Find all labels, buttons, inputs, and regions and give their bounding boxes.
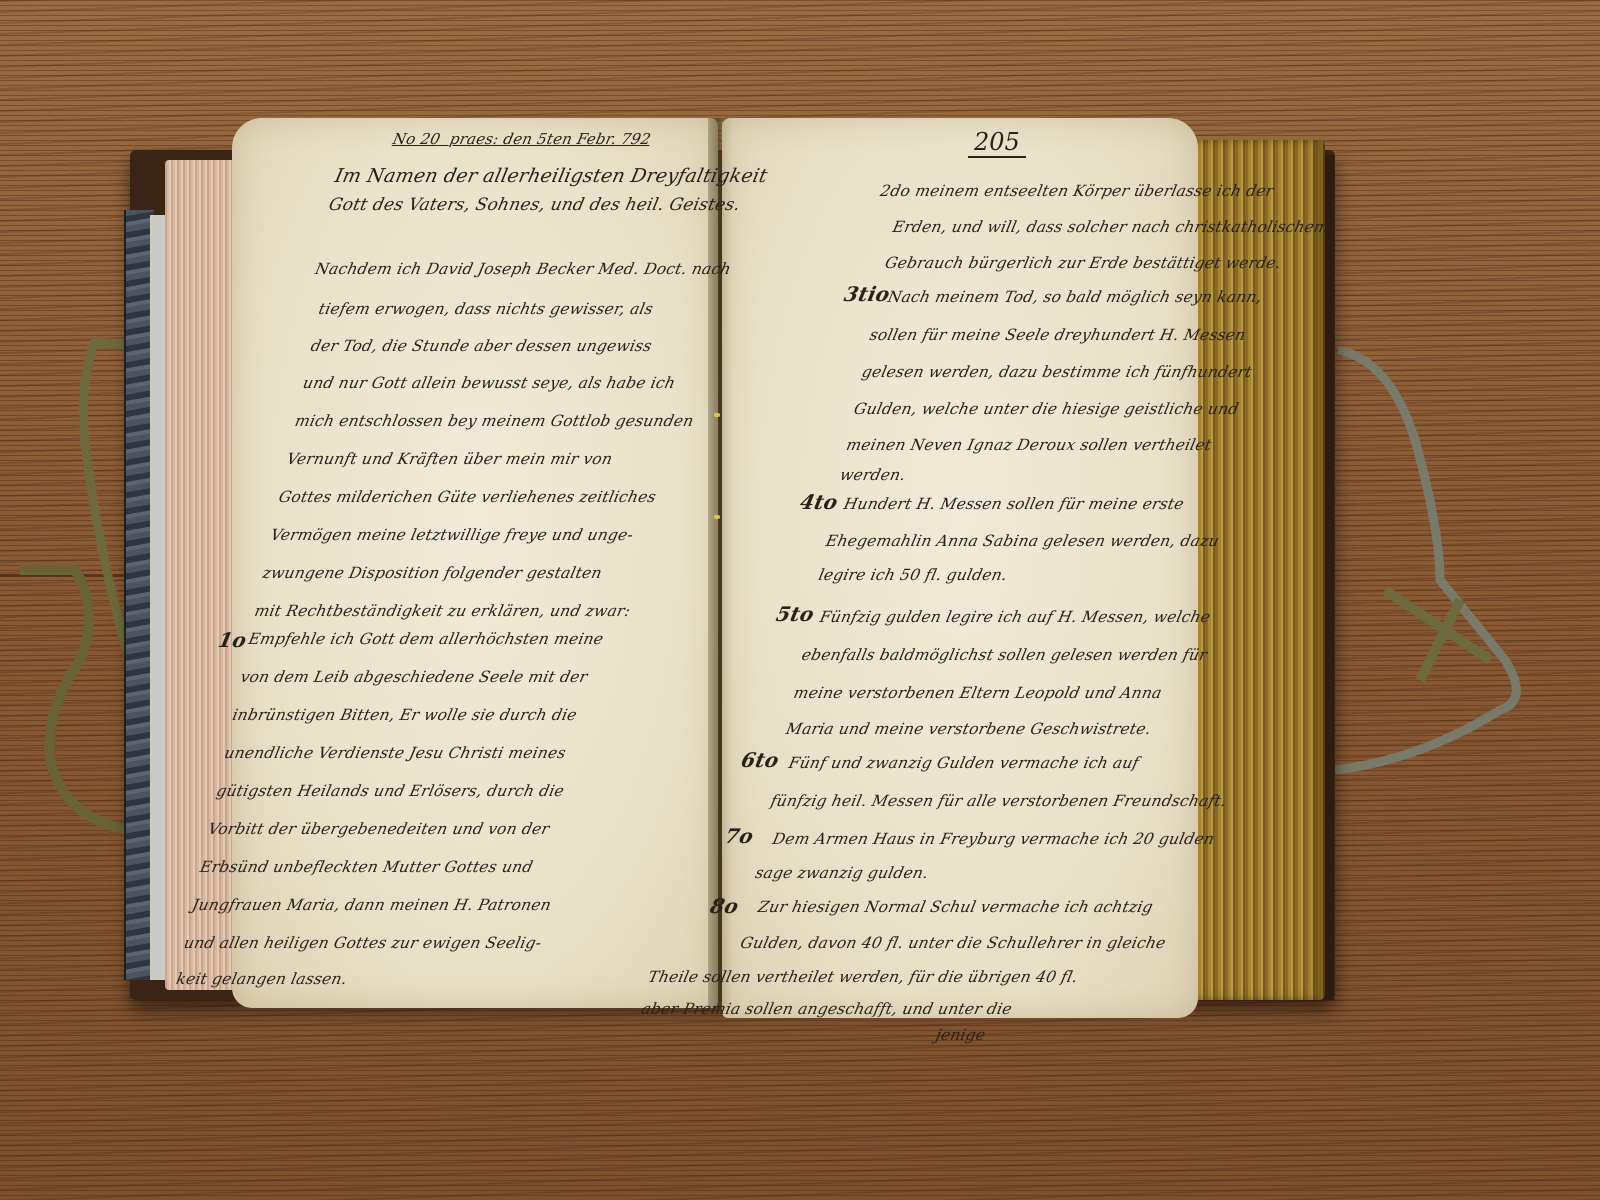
item-number: 1o	[216, 628, 249, 652]
item-3-line: meinen Neven Ignaz Deroux sollen verthei…	[845, 436, 1214, 454]
item-2-line: Erden, und will, dass solcher nach chris…	[891, 218, 1331, 236]
item-5-line: ebenfalls baldmöglichst sollen gelesen w…	[800, 646, 1209, 664]
item-4-line: legire ich 50 fl. gulden.	[817, 566, 1009, 584]
body-line: und nur Gott allein bewusst seye, als ha…	[301, 374, 677, 392]
item-4-line: Ehegemahlin Anna Sabina gelesen werden, …	[824, 532, 1221, 550]
item-number: 6to	[739, 748, 781, 772]
invocation-line-1: Im Namen der allerheiligsten Dreyfaltigk…	[333, 165, 770, 187]
item-number: 5to	[774, 602, 816, 626]
page-number: 205	[968, 128, 1026, 158]
item-8-line: Zur hiesigen Normal Schul vermache ich a…	[756, 898, 1154, 916]
item-3-line: sollen für meine Seele dreyhundert H. Me…	[868, 326, 1247, 344]
catchword: jenige	[934, 1026, 987, 1044]
body-line: der Tod, die Stunde aber dessen ungewiss	[309, 337, 653, 355]
presentation-note: praes: den 5ten Febr. 792	[448, 130, 652, 148]
item-1-line: gütigsten Heilands und Erlösers, durch d…	[215, 782, 566, 800]
body-line: mich entschlossen bey meinem Gottlob ges…	[293, 412, 695, 430]
item-number: 4to	[798, 490, 840, 514]
item-1-line: von dem Leib abgeschiedene Seele mit der	[239, 668, 589, 686]
item-7-line: Dem Armen Haus in Freyburg vermache ich …	[771, 830, 1216, 848]
body-line: Vermögen meine letztwillige freye und un…	[269, 526, 635, 544]
item-8-line: aber Premia sollen angeschafft, und unte…	[640, 1000, 1014, 1018]
item-1-line: und allen heiligen Gottes zur ewigen See…	[182, 934, 543, 952]
item-1-line: Erbsünd unbefleckten Mutter Gottes und	[198, 858, 534, 876]
item-1-line: unendliche Verdienste Jesu Christi meine…	[223, 744, 568, 762]
item-5-line: meine verstorbenen Eltern Leopold und An…	[792, 684, 1164, 702]
item-1-line: Vorbitt der übergebenedeiten und von der	[207, 820, 552, 838]
item-1-line: Empfehle ich Gott dem allerhöchsten mein…	[247, 630, 605, 648]
item-7-line: sage zwanzig gulden.	[754, 864, 931, 882]
item-8-line: Gulden, davon 40 fl. unter die Schullehr…	[739, 934, 1168, 952]
item-3-line: Nach meinem Tod, so bald möglich seyn ka…	[886, 288, 1264, 306]
item-2-line: 2do meinem entseelten Körper überlasse i…	[879, 182, 1276, 200]
item-number: 3tio	[842, 282, 892, 306]
body-line: Gottes milderichen Güte verliehenes zeit…	[277, 488, 658, 506]
item-3-line: werden.	[838, 466, 907, 484]
item-1-line: keit gelangen lassen.	[175, 970, 349, 988]
item-1-line: Jungfrauen Maria, dann meinen H. Patrone…	[190, 896, 553, 914]
item-4-line: Hundert H. Messen sollen für meine erste	[842, 495, 1186, 513]
body-line: Vernunft und Kräften über mein mir von	[285, 450, 614, 468]
invocation-line-2: Gott des Vaters, Sohnes, und des heil. G…	[327, 195, 742, 215]
item-1-line: inbrünstigen Bitten, Er wolle sie durch …	[231, 706, 579, 724]
item-3-line: Gulden, welche unter die hiesige geistli…	[852, 400, 1240, 418]
body-line: zwungene Disposition folgender gestalten	[261, 564, 604, 582]
item-6-line: fünfzig heil. Messen für alle verstorben…	[769, 792, 1228, 810]
binding-stitch	[714, 515, 720, 519]
body-line: tiefem erwogen, dass nichts gewisser, al…	[317, 300, 655, 318]
item-8-line: Theile sollen vertheilet werden, für die…	[647, 968, 1080, 986]
item-number: 8o	[708, 894, 741, 918]
binding-stitch	[714, 413, 720, 417]
item-2-line: Gebrauch bürgerlich zur Erde bestättiget…	[883, 254, 1283, 272]
item-5-line: Fünfzig gulden legire ich auf H. Messen,…	[818, 608, 1212, 626]
item-number: 7o	[723, 824, 756, 848]
entry-number: No 20	[391, 130, 442, 148]
item-6-line: Fünf und zwanzig Gulden vermache ich auf	[787, 754, 1141, 772]
right-ribbon-tie	[1330, 240, 1570, 840]
body-line: mit Rechtbeständigkeit zu erklären, und …	[253, 602, 632, 620]
item-3-line: gelesen werden, dazu bestimme ich fünfhu…	[860, 363, 1254, 381]
body-line: Nachdem ich David Joseph Becker Med. Doc…	[314, 260, 733, 278]
item-5-line: Maria und meine verstorbene Geschwistret…	[784, 720, 1153, 738]
